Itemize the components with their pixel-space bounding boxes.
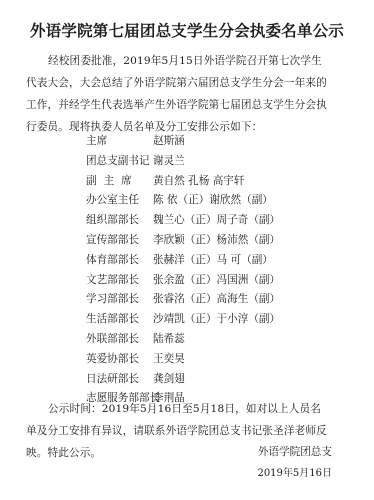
role-label: 学习部部长 bbox=[86, 290, 153, 310]
role-label: 文艺部部长 bbox=[86, 271, 153, 291]
role-label: 日法研部长 bbox=[86, 370, 153, 390]
member-names: 张赫洋（正）马 可（副） bbox=[153, 251, 273, 271]
role-label: 副主席 bbox=[86, 172, 153, 192]
member-names: 张余盈（正）冯国洲（副） bbox=[153, 271, 280, 291]
roster-row: 体育部部长 张赫洋（正）马 可（副） bbox=[86, 251, 346, 271]
role-label: 外联部部长 bbox=[86, 330, 153, 350]
roster-row: 生活部部长 沙靖凯（正）于小淳（副） bbox=[86, 310, 346, 330]
member-roster: 主席 赵斯涵 团总支副书记 谢灵兰 副主席 黄自然 孔杨 高宇轩 办公室主任 陈… bbox=[86, 132, 346, 409]
member-names: 龚剑翅 bbox=[153, 370, 185, 390]
roster-row: 英爱协部长 王奕昊 bbox=[86, 350, 346, 370]
role-label: 英爱协部长 bbox=[86, 350, 153, 370]
role-label: 体育部部长 bbox=[86, 251, 153, 271]
roster-row: 文艺部部长 张余盈（正）冯国洲（副） bbox=[86, 271, 346, 291]
roster-row: 日法研部长 龚剑翅 bbox=[86, 370, 346, 390]
roster-row: 主席 赵斯涵 bbox=[86, 132, 346, 152]
role-label: 主席 bbox=[86, 132, 153, 152]
member-names: 王奕昊 bbox=[153, 350, 185, 370]
document-title: 外语学院第七届团总支学生分会执委名单公示 bbox=[0, 20, 374, 42]
member-names: 赵斯涵 bbox=[153, 132, 185, 152]
signature-organization: 外语学院团总支 bbox=[258, 442, 332, 462]
role-label: 组织部部长 bbox=[86, 211, 153, 231]
document-page: 外语学院第七届团总支学生分会执委名单公示 经校团委批准，2019年5月15日外语… bbox=[0, 0, 374, 500]
member-names: 黄自然 孔杨 高宇轩 bbox=[153, 172, 244, 192]
intro-paragraph: 经校团委批准，2019年5月15日外语学院召开第七次学生代表大会，大会总结了外语… bbox=[26, 50, 328, 138]
roster-row: 组织部部长 魏兰心（正）周子奇（副） bbox=[86, 211, 346, 231]
member-names: 李欣颖（正）杨沛然（副） bbox=[153, 231, 280, 251]
member-names: 魏兰心（正）周子奇（副） bbox=[153, 211, 280, 231]
role-label: 宣传部部长 bbox=[86, 231, 153, 251]
member-names: 陆希蕊 bbox=[153, 330, 185, 350]
roster-row: 副主席 黄自然 孔杨 高宇轩 bbox=[86, 172, 346, 192]
role-label: 办公室主任 bbox=[86, 191, 153, 211]
member-names: 沙靖凯（正）于小淳（副） bbox=[153, 310, 280, 330]
roster-row: 团总支副书记 谢灵兰 bbox=[86, 152, 346, 172]
roster-row: 外联部部长 陆希蕊 bbox=[86, 330, 346, 350]
roster-row: 办公室主任 陈 依（正）谢欣然（副） bbox=[86, 191, 346, 211]
roster-row: 学习部部长 张睿洺（正）高海生（副） bbox=[86, 290, 346, 310]
role-label: 团总支副书记 bbox=[86, 152, 153, 172]
role-label: 生活部部长 bbox=[86, 310, 153, 330]
member-names: 陈 依（正）谢欣然（副） bbox=[153, 191, 273, 211]
member-names: 张睿洺（正）高海生（副） bbox=[153, 290, 280, 310]
signature-date: 2019年5月16日 bbox=[257, 464, 332, 484]
roster-row: 宣传部部长 李欣颖（正）杨沛然（副） bbox=[86, 231, 346, 251]
member-names: 谢灵兰 bbox=[153, 152, 185, 172]
